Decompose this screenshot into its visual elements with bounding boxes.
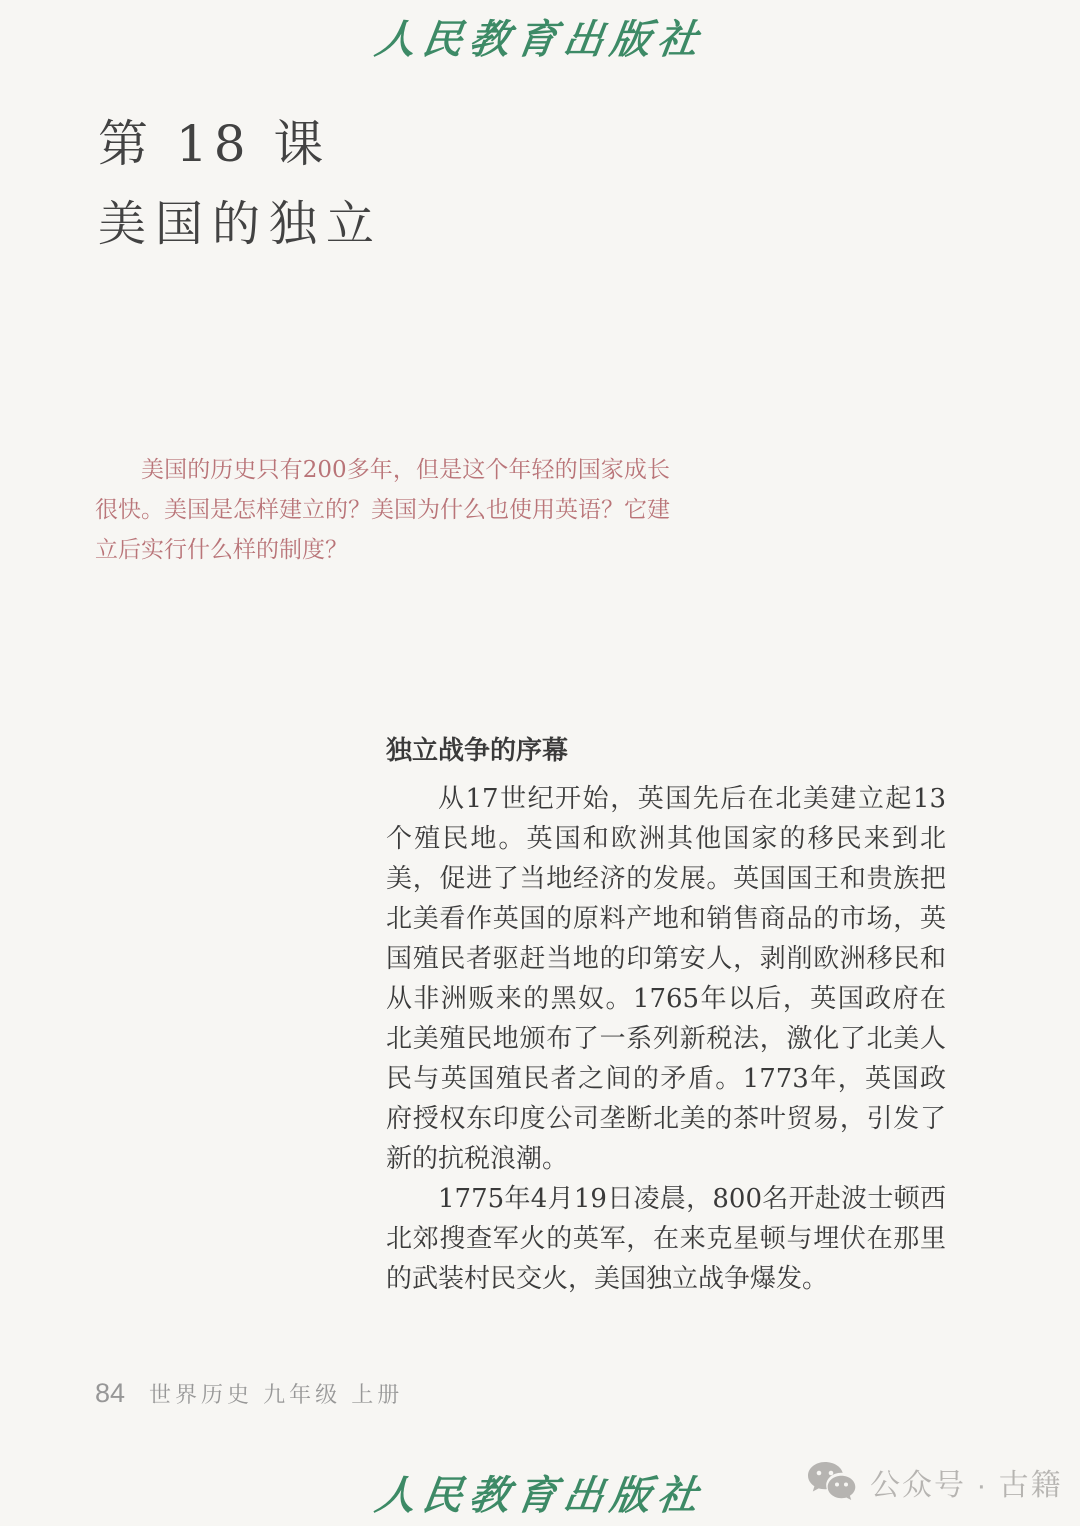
publisher-logo-text: 人民教育出版社 (371, 1464, 708, 1521)
lesson-title: 美国的独立 (98, 184, 383, 264)
lesson-body: 独立战争的序幕 从17世纪开始，英国先后在北美建立起13个殖民地。英国和欧洲其他… (386, 733, 946, 1299)
page-footer: 84 世界历史 九年级 上册 (95, 1378, 403, 1409)
page-number: 84 (95, 1378, 125, 1409)
lesson-number: 第 18 课 (98, 104, 383, 184)
publisher-logo-top: 人民教育出版社 (0, 8, 1080, 65)
wechat-icon (806, 1460, 858, 1504)
lesson-title-block: 第 18 课 美国的独立 (98, 104, 383, 264)
body-paragraph-1: 从17世纪开始，英国先后在北美建立起13个殖民地。英国和欧洲其他国家的移民来到北… (386, 779, 946, 1179)
body-paragraph-2: 1775年4月19日凌晨，800名开赴波士顿西北郊搜查军火的英军，在来克星顿与埋… (386, 1179, 946, 1299)
chapter-intro-paragraph: 美国的历史只有200多年，但是这个年轻的国家成长很快。美国是怎样建立的？美国为什… (95, 450, 670, 570)
publisher-logo-text: 人民教育出版社 (371, 8, 708, 65)
book-title: 世界历史 九年级 上册 (149, 1378, 403, 1409)
watermark-label: 公众号 · 古籍 (870, 1460, 1063, 1504)
section-heading: 独立战争的序幕 (386, 733, 946, 767)
wechat-watermark: 公众号 · 古籍 (806, 1460, 1063, 1504)
textbook-page: 人民教育出版社 第 18 课 美国的独立 美国的历史只有200多年，但是这个年轻… (0, 0, 1080, 1526)
